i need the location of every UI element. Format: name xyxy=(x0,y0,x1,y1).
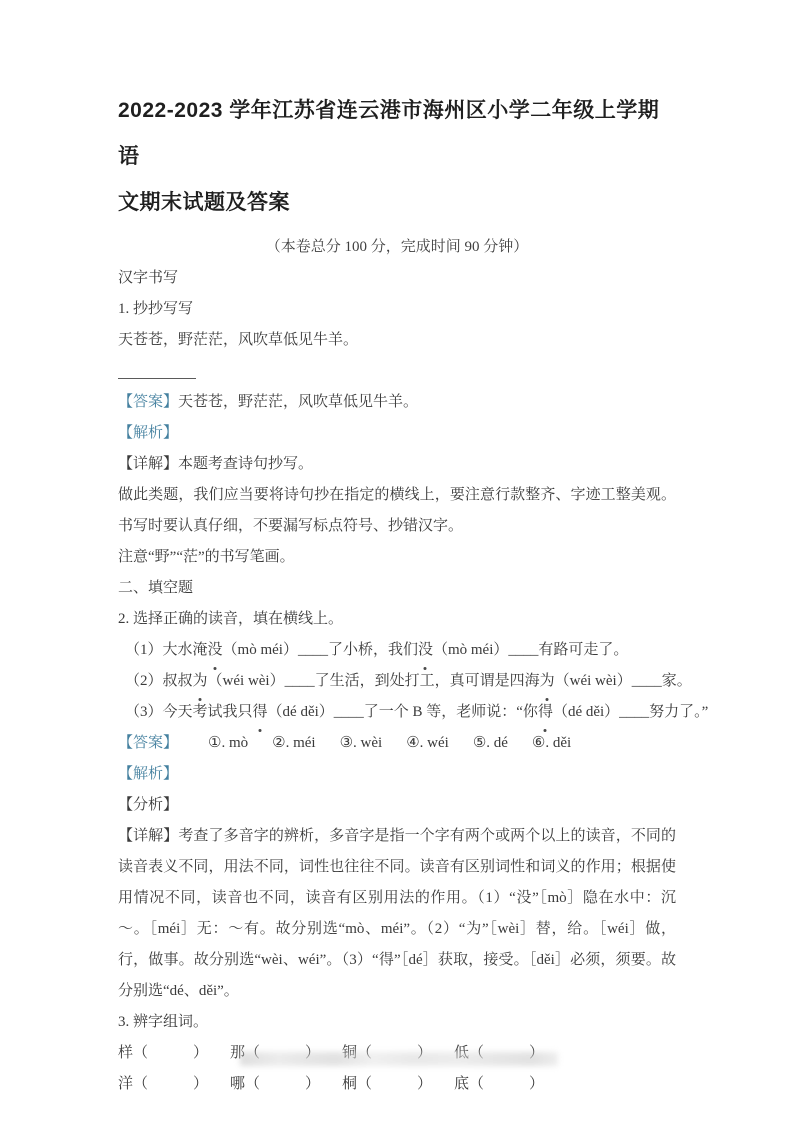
q3-cell: 哪（ ） xyxy=(230,1069,342,1100)
q2-answer-6: ⑥. děi xyxy=(532,728,571,759)
section-heading-hanzi: 汉字书写 xyxy=(118,263,676,294)
q2-item2-dotted-char1: 为 xyxy=(193,666,208,697)
q3-row-2: 洋（ ） 哪（ ） 桐（ ） 底（ ） xyxy=(118,1069,676,1100)
q1-jiexi-line: 【解析】 xyxy=(118,418,676,449)
q3-title: 3. 辨字组词。 xyxy=(118,1007,676,1038)
q3-cell: 底（ ） xyxy=(454,1069,566,1100)
q2-item1-seg2: （mò méi）____了小桥，我们 xyxy=(223,642,418,658)
q2-item1-dotted-char1: 没 xyxy=(208,635,223,666)
watermark-blur-bar xyxy=(240,1052,558,1066)
q2-item2-seg1: （2）叔叔 xyxy=(125,673,193,689)
jiexi-label: 【解析】 xyxy=(118,425,178,441)
q2-item3-seg2: （dé děi）____了一个 B 等，老师说：“你 xyxy=(268,704,538,720)
answer-label: 【答案】 xyxy=(118,728,178,759)
q1-detail-intro-line: 【详解】本题考查诗句抄写。 xyxy=(118,449,676,480)
q2-answer-3: ③. wèi xyxy=(340,728,383,759)
q2-title: 2. 选择正确的读音，填在横线上。 xyxy=(118,604,676,635)
xiangjie-label: 【详解】 xyxy=(118,828,178,844)
q2-item3-seg1: （3）今天考试我只 xyxy=(125,704,253,720)
q2-item2-seg3: （wéi wèi）____家。 xyxy=(555,673,692,689)
q1-title: 1. 抄抄写写 xyxy=(118,294,676,325)
q1-answer-line: 【答案】天苍苍，野茫茫，风吹草低见牛羊。 xyxy=(118,387,676,418)
q2-fenxi-line: 【分析】 xyxy=(118,790,676,821)
q2-detail-paragraph: 【详解】考查了多音字的辨析，多音字是指一个字有两个或两个以上的读音，不同的读音表… xyxy=(118,821,676,1007)
q1-detail-intro: 本题考查诗句抄写。 xyxy=(178,456,313,472)
exam-document-page: 2022-2023 学年江苏省连云港市海州区小学二年级上学期语 文期末试题及答案… xyxy=(0,0,793,1122)
q1-blank-slot xyxy=(118,356,676,387)
answer-blank-line xyxy=(118,378,196,379)
q2-answer-2: ②. méi xyxy=(272,728,315,759)
q1-detail-note: 注意“野”“茫”的书写笔画。 xyxy=(118,542,676,573)
page-title: 2022-2023 学年江苏省连云港市海州区小学二年级上学期语 文期末试题及答案 xyxy=(118,88,676,226)
q2-answer-line: 【答案】 ①. mò ②. méi ③. wèi ④. wéi ⑤. dé ⑥.… xyxy=(118,728,676,759)
q2-detail-text: 考查了多音字的辨析，多音字是指一个字有两个或两个以上的读音，不同的读音表义不同，… xyxy=(118,828,676,999)
exam-info-subtitle: （本卷总分 100 分，完成时间 90 分钟） xyxy=(118,232,676,263)
page-title-line2: 文期末试题及答案 xyxy=(118,180,676,226)
q2-item1-seg1: （1）大水淹 xyxy=(125,642,208,658)
xiangjie-label: 【详解】 xyxy=(118,456,178,472)
q1-copy-text: 天苍苍，野茫茫，风吹草低见牛羊。 xyxy=(118,325,676,356)
q2-jiexi-line: 【解析】 xyxy=(118,759,676,790)
q2-item-1: （1）大水淹没（mò méi）____了小桥，我们没（mò méi）____有路… xyxy=(118,635,676,666)
q2-item3-dotted-char2: 得 xyxy=(538,697,553,728)
q2-item1-dotted-char2: 没 xyxy=(418,635,433,666)
q2-item3-seg3: （dé děi）____努力了。” xyxy=(553,704,708,720)
document-content: 2022-2023 学年江苏省连云港市海州区小学二年级上学期语 文期末试题及答案… xyxy=(118,0,676,1100)
q3-cell: 桐（ ） xyxy=(342,1069,454,1100)
q3-cell: 样（ ） xyxy=(118,1038,230,1069)
fenxi-label: 【分析】 xyxy=(118,797,178,813)
q2-answer-5: ⑤. dé xyxy=(473,728,508,759)
q2-item-3: （3）今天考试我只得（dé děi）____了一个 B 等，老师说：“你得（dé… xyxy=(118,697,676,728)
section-heading-tiankong: 二、填空题 xyxy=(118,573,676,604)
q1-detail-paragraph: 做此类题，我们应当要将诗句抄在指定的横线上，要注意行款整齐、字迹工整美观。书写时… xyxy=(118,480,676,542)
q2-item2-seg2: （wéi wèi）____了生活，到处打工，真可谓是四海 xyxy=(208,673,540,689)
answer-label: 【答案】 xyxy=(118,394,178,410)
page-title-line1: 2022-2023 学年江苏省连云港市海州区小学二年级上学期语 xyxy=(118,88,676,180)
q1-answer-text: 天苍苍，野茫茫，风吹草低见牛羊。 xyxy=(178,394,418,410)
jiexi-label: 【解析】 xyxy=(118,766,178,782)
q2-item1-seg3: （mò méi）____有路可走了。 xyxy=(433,642,628,658)
q2-item-2: （2）叔叔为（wéi wèi）____了生活，到处打工，真可谓是四海为（wéi … xyxy=(118,666,676,697)
q2-item2-dotted-char2: 为 xyxy=(540,666,555,697)
q3-cell: 洋（ ） xyxy=(118,1069,230,1100)
q2-item3-dotted-char1: 得 xyxy=(253,697,268,728)
q2-answer-4: ④. wéi xyxy=(406,728,449,759)
q2-answer-1: ①. mò xyxy=(208,728,248,759)
